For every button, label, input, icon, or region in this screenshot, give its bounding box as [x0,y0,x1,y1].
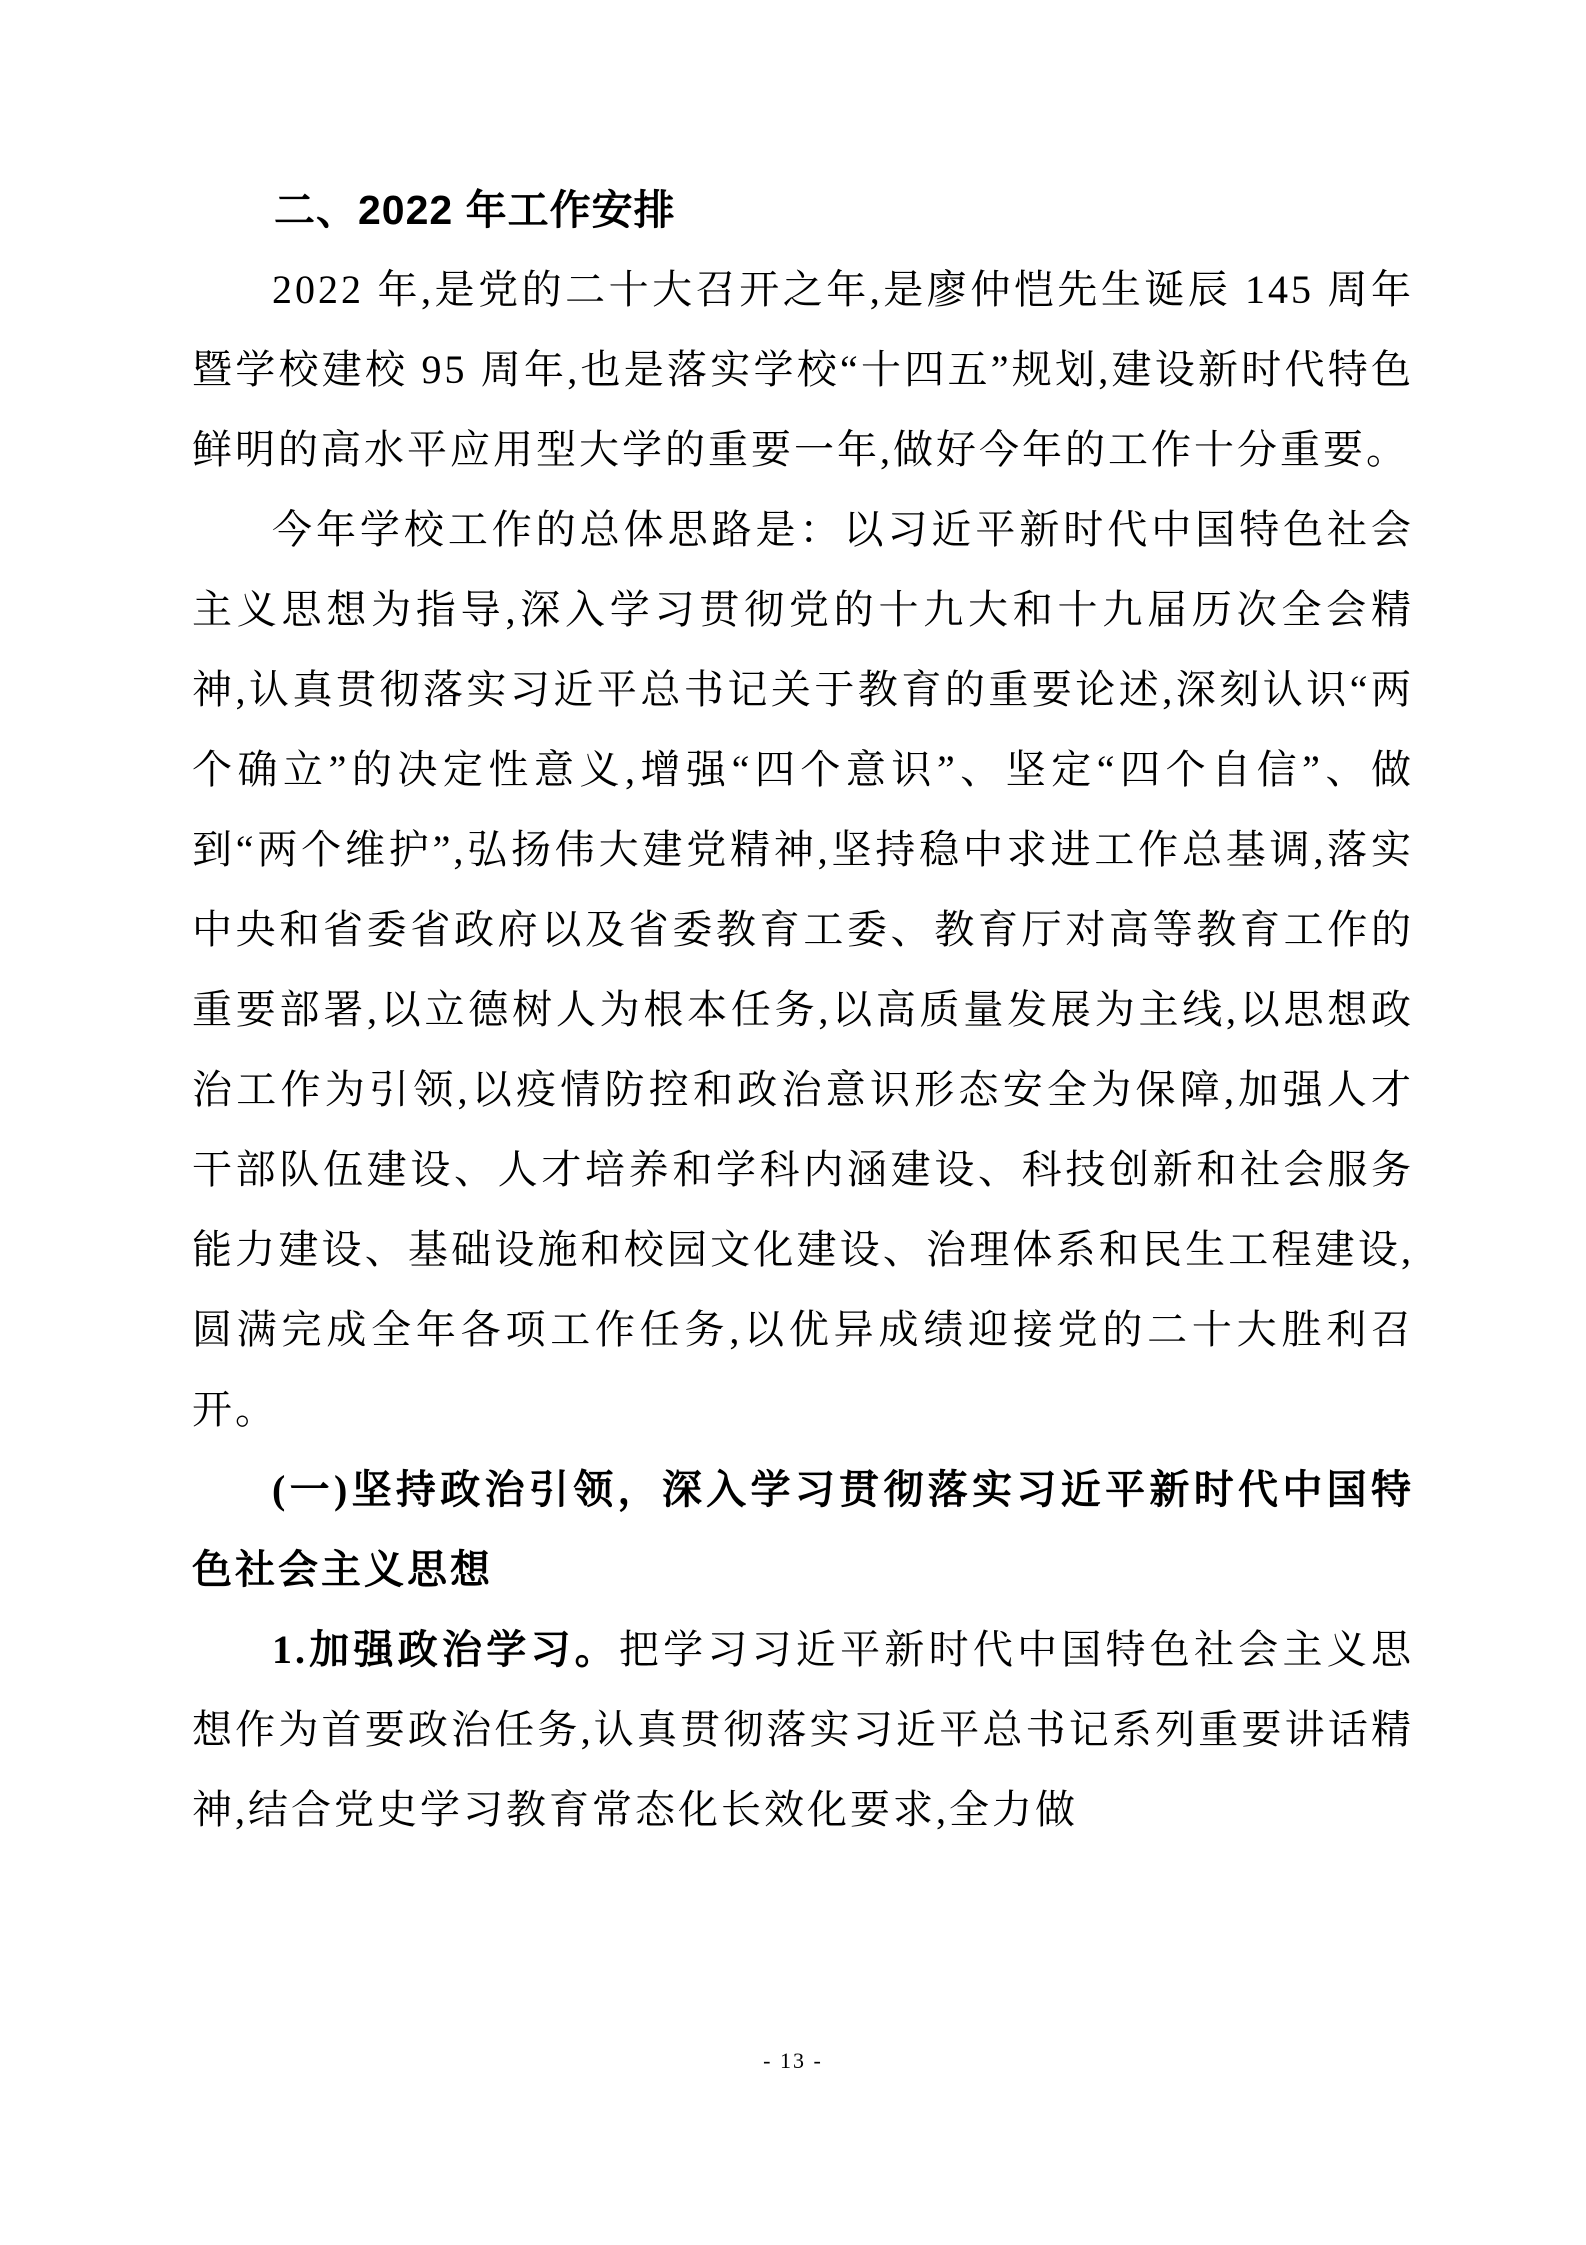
main-heading: 二、2022 年工作安排 [192,170,1414,250]
item-number-lead: 1.加强政治学习。 [272,1627,619,1672]
document-page: 二、2022 年工作安排 2022 年,是党的二十大召开之年,是廖仲恺先生诞辰 … [0,0,1586,2245]
paragraph-year-overview: 2022 年,是党的二十大召开之年,是廖仲恺先生诞辰 145 周年暨学校建校 9… [192,250,1414,490]
paragraph-political-study: 1.加强政治学习。把学习习近平新时代中国特色社会主义思想作为首要政治任务,认真贯… [192,1610,1414,1850]
subsection-heading: (一)坚持政治引领，深入学习贯彻落实习近平新时代中国特色社会主义思想 [192,1450,1414,1610]
document-content: 二、2022 年工作安排 2022 年,是党的二十大召开之年,是廖仲恺先生诞辰 … [192,170,1414,1850]
page-number: - 13 - [0,2046,1586,2076]
paragraph-overall-plan: 今年学校工作的总体思路是：以习近平新时代中国特色社会主义思想为指导,深入学习贯彻… [192,490,1414,1450]
